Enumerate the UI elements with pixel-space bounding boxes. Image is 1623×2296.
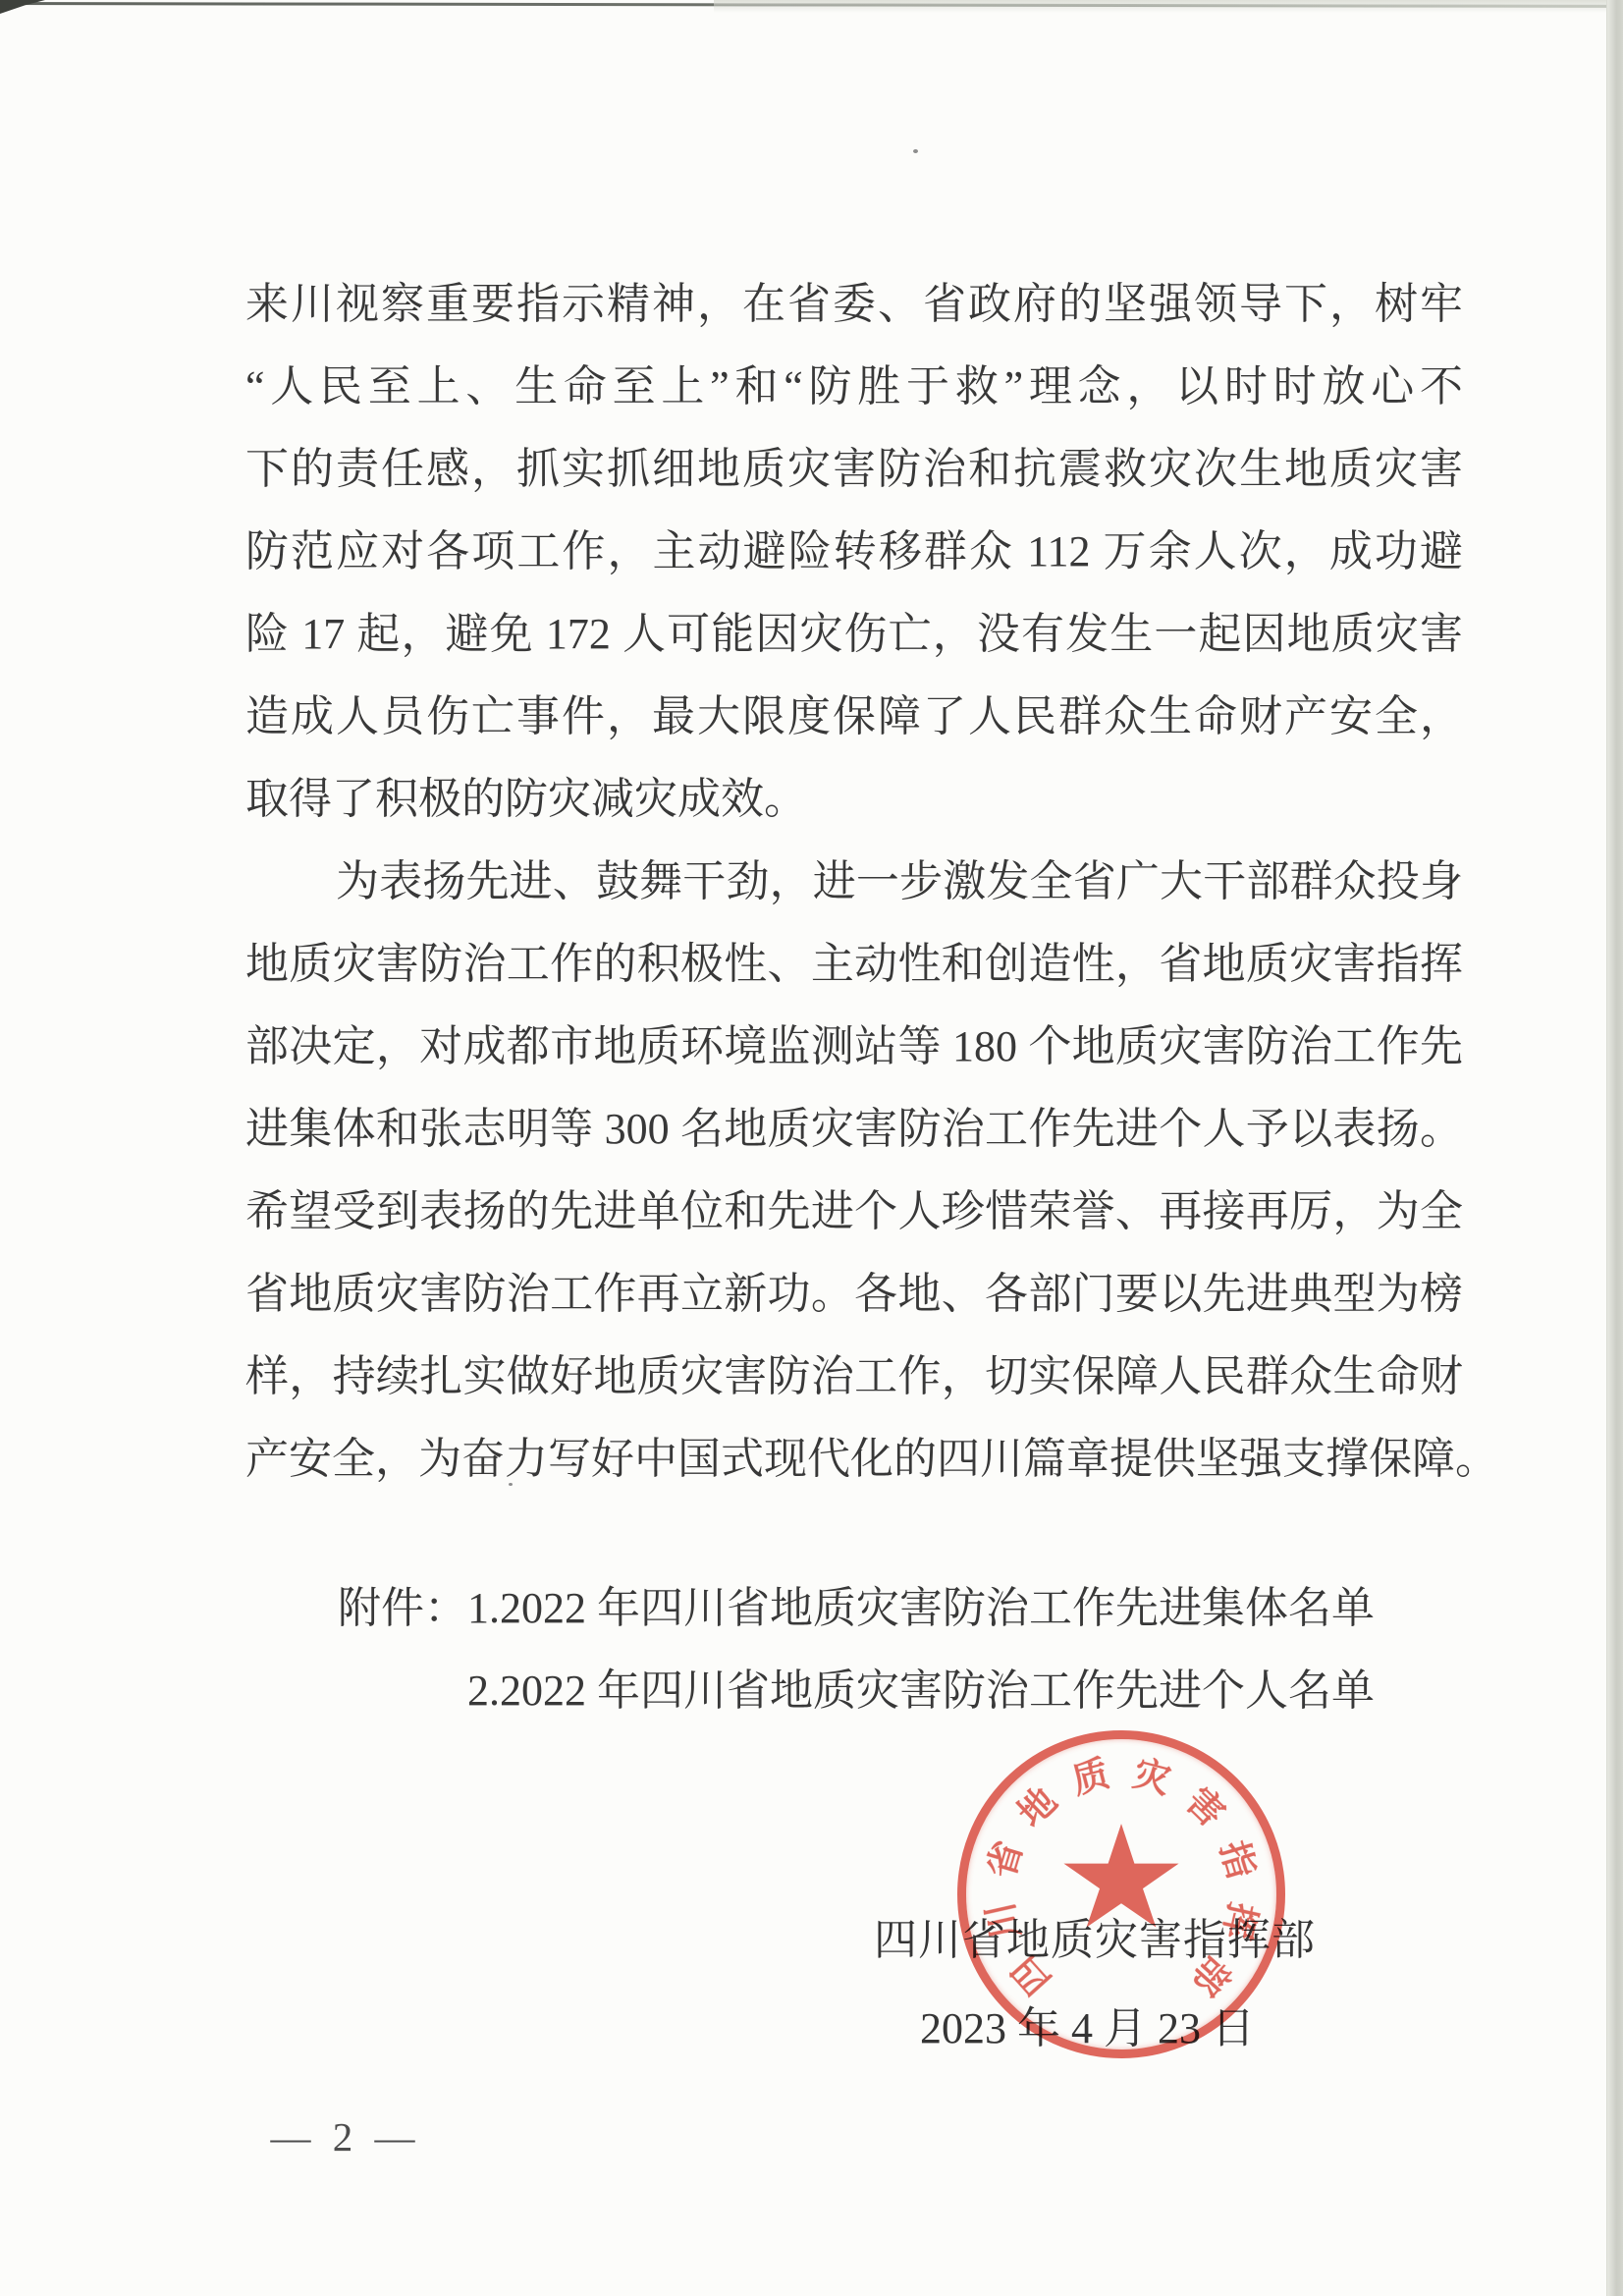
attachment-item-text: 1.2022 年四川省地质灾害防治工作先进集体名单 [467,1584,1375,1632]
scan-speck [913,149,918,153]
body-line: 造成人员伤亡事件，最大限度保障了人民群众生命财产安全， [245,676,1463,758]
body-line: 为表扬先进、鼓舞干劲，进一步激发全省广大干部群众投身 [245,841,1463,923]
seal-arc-char: 灾 [1125,1752,1178,1805]
attachments-label: 附件： [338,1584,467,1632]
scanned-document-page: 来川视察重要指示精神，在省委、省政府的坚强领导下，树牢 “人民至上、生命至上”和… [0,0,1623,2296]
body-line: 省地质灾害防治工作再立新功。各地、各部门要以先进典型为榜 [245,1253,1463,1336]
body-line: 取得了积极的防灾减灾成效。 [245,758,1463,841]
page-number: — 2 — [247,2113,444,2160]
body-line: 下的责任感，抓实抓细地质灾害防治和抗震救灾次生地质灾害 [245,428,1463,511]
body-line: “人民至上、生命至上”和“防胜于救”理念，以时时放心不 [245,346,1463,428]
scan-artifact-right-edge [1606,0,1623,2296]
attachment-item-text: 2.2022 年四川省地质灾害防治工作先进个人名单 [467,1667,1375,1715]
body-line: 防范应对各项工作，主动避险转移群众 112 万余人次，成功避 [245,511,1463,593]
attachment-item: 附件：1.2022 年四川省地质灾害防治工作先进集体名单 [245,1567,1522,1650]
attachment-item: 2.2022 年四川省地质灾害防治工作先进个人名单 [245,1650,1522,1732]
body-line: 地质灾害防治工作的积极性、主动性和创造性，省地质灾害指挥 [245,923,1463,1006]
body-line: 样，持续扎实做好地质灾害防治工作，切实保障人民群众生命财 [245,1336,1463,1418]
document-body: 来川视察重要指示精神，在省委、省政府的坚强领导下，树牢 “人民至上、生命至上”和… [245,263,1463,1501]
scan-artifact-top-band [714,0,1623,13]
seal-arc-char: 地 [1007,1777,1068,1838]
seal-arc-char: 省 [980,1833,1034,1887]
seal-arc-text: 四川省地质灾害指挥部 [957,1730,1285,2058]
body-line: 希望受到表扬的先进单位和先进个人珍惜荣誉、再接再厉，为全 [245,1171,1463,1253]
body-line: 来川视察重要指示精神，在省委、省政府的坚强领导下，树牢 [245,263,1463,346]
body-line: 进集体和张志明等 300 名地质灾害防治工作先进个人予以表扬。 [245,1088,1463,1171]
body-line: 部决定，对成都市地质环境监测站等 180 个地质灾害防治工作先 [245,1006,1463,1088]
seal-arc-char: 部 [1180,1944,1241,2005]
official-seal: 四川省地质灾害指挥部 [957,1730,1285,2058]
body-line: 产安全，为奋力写好中国式现代化的四川篇章提供坚强支撑保障。 [245,1418,1463,1501]
seal-arc-char: 四 [1001,1944,1062,2005]
seal-arc-char: 指 [1209,1833,1263,1887]
body-line: 险 17 起，避免 172 人可能因灾伤亡，没有发生一起因地质灾害 [245,593,1463,676]
seal-arc-char: 质 [1064,1752,1117,1805]
seal-arc-char: 挥 [1213,1894,1265,1946]
attachments-block: 附件：1.2022 年四川省地质灾害防治工作先进集体名单 2.2022 年四川省… [245,1567,1522,1732]
seal-arc-char: 害 [1174,1777,1235,1838]
seal-arc-char: 川 [979,1894,1031,1946]
